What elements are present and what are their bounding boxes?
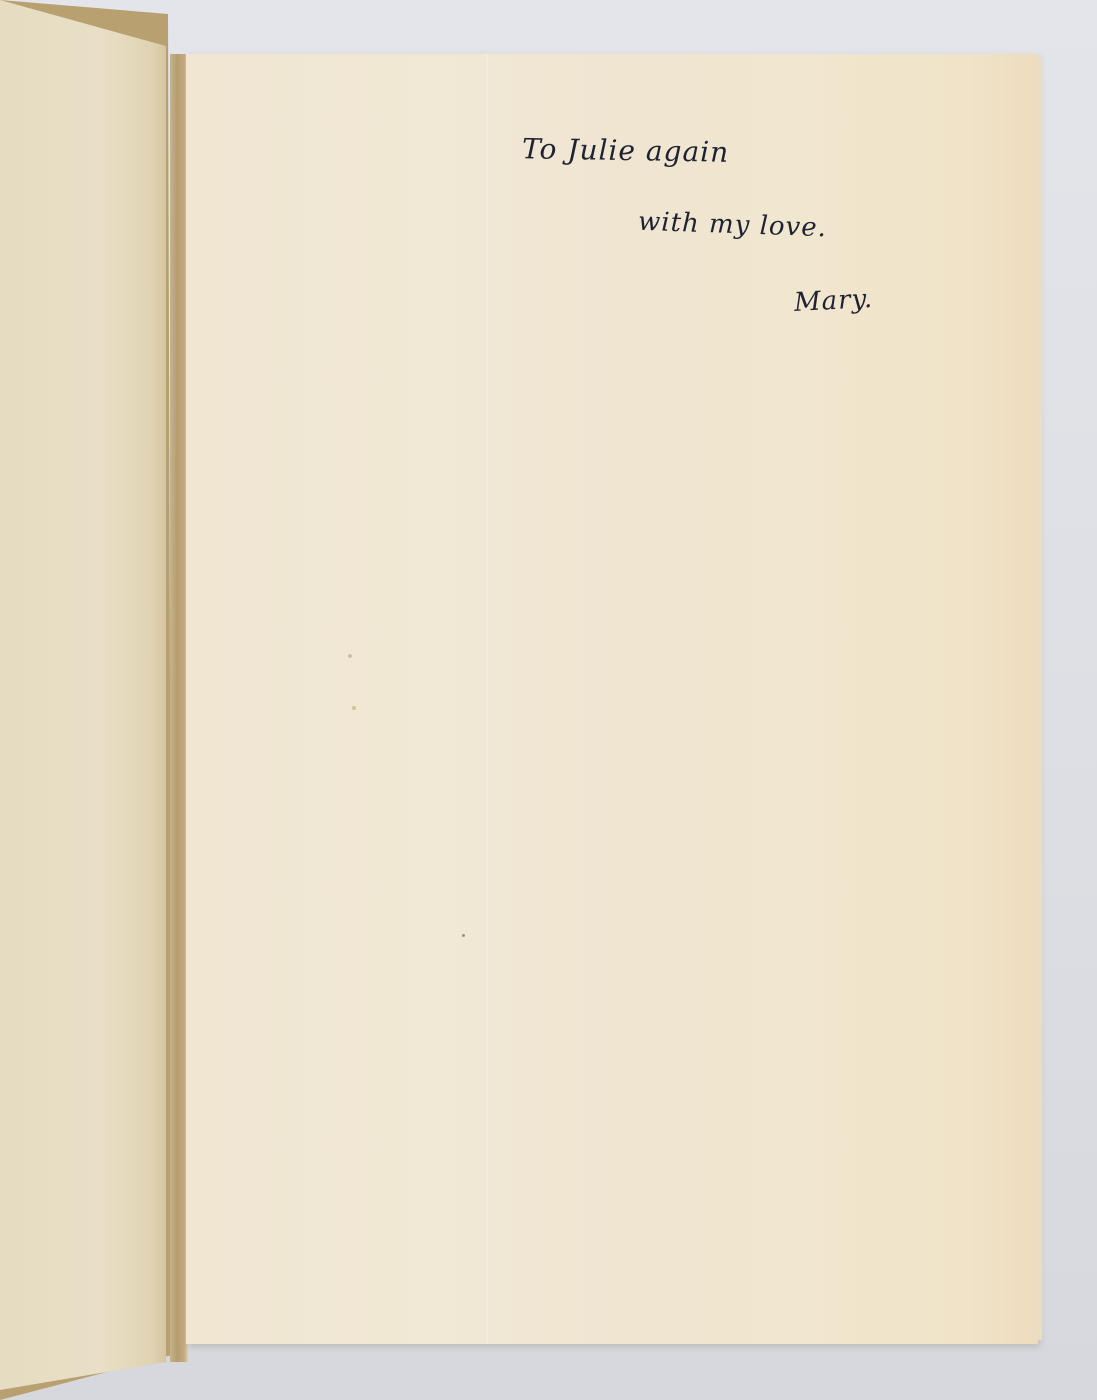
foxing-spot bbox=[348, 654, 352, 658]
front-pastedown bbox=[0, 0, 168, 1400]
foxing-spot bbox=[462, 934, 465, 937]
photo-scene: To Julie again with my love. Mary. bbox=[0, 0, 1097, 1400]
free-endpaper: To Julie again with my love. Mary. bbox=[186, 54, 1038, 1344]
foxing-spot bbox=[352, 706, 356, 710]
inscription-signature: Mary. bbox=[793, 284, 874, 318]
page-edge bbox=[1038, 58, 1042, 1340]
inscription-line-2: with my love. bbox=[638, 207, 828, 244]
inscription-line-1: To Julie again bbox=[522, 132, 730, 169]
